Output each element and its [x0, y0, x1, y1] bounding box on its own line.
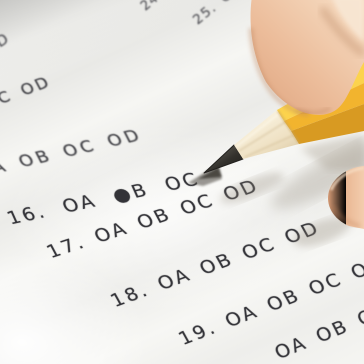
answer-sheet-photo: 24 25. OA OD OC OD OA OB OC OD 16. OA ●B…: [0, 0, 364, 364]
